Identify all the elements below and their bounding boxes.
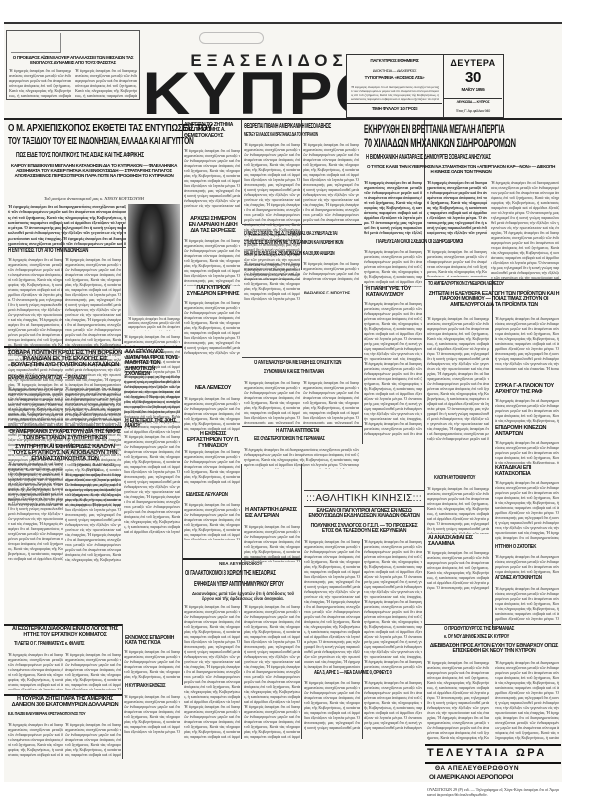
school-order-body: Ἡ ἐφημερὶς ἀναφέρει ὅτι αἱ διαπραγματεύσ… xyxy=(124,374,180,416)
top-left-stamp xyxy=(11,33,61,53)
car-theft-headline: ΚΛΟΠΗ ΑΥΤΟΚΙΝΗΤΟΥ xyxy=(434,476,475,482)
photo-caption: Ἡ ἐφημερὶς ἀναφέρει ὅτι αἱ διαπραγματεύσ… xyxy=(128,317,180,331)
adenauer-headline-2: ΣΥΝΟΜΙΛΙΑΙ ΚΑΙ ΕΙΣ ΤΗΝ ΙΤΑΛΙΑΝ xyxy=(264,370,324,376)
flood-feast-body: Ἡ ἐφημερὶς ἀναφέρει ὅτι αἱ διαπραγματεύσ… xyxy=(364,301,422,436)
ireland-headline-2: ΕΝΑΦΘΗ ΑΙ ΔΙΑΦΟΡΑΙ ΑΓΓΛΩΝ — ΙΡΛΑΝΔΩΝ xyxy=(8,376,87,382)
espionage-headline: ΚΑΤΑΔΙΚΑΙ ΕΠΙ ΚΑΤΑΣΚΟΠΕΙΑ xyxy=(495,466,559,478)
archbishop-deck: ΚΑΙΡΟΥ ΕΠΙΔΕΙΚΝΥΕΙ ΜΕΓΑΛΗΝ ΚΑΤΑΝΟΗΣΙΝ ΔΙ… xyxy=(8,164,180,178)
adenauer-body-1: Ἡ ἐφημερὶς ἀναφέρει ὅτι αἱ διαπραγματεύσ… xyxy=(244,380,300,424)
themistokleous-body: Ἡ ἐφημερὶς ἀναφέρει ὅτι αἱ διαπραγματεύσ… xyxy=(184,148,240,208)
infobox-publisher: ΠΑΓΚΥΠΡΙΟΣ ΕΦΗΜΕΡΙΣ ΙΔΙΟΚΤΗΣΙΑ — ΔΙΑΧΕΙΡ… xyxy=(346,54,444,118)
burma-pm-headline-2: κ. ΟΥ ΝΟΥ ΔΙΗΛΘΕ ΧΘΕΣ ΕΚ ΚΥΠΡΟΥ xyxy=(444,635,509,640)
algeria-headline: Η ΑΝΤΑΡΤΙΚΗ ΔΡΑΣΙΣ ΕΙΣ ΑΛΓΕΡΙΑΝ xyxy=(245,508,301,520)
top-left-box: Ο ΠΡΟΕΔΡΟΣ ΑΪΖΕΝΧΑΟΥΕΡ ΑΠΑΛΛΑΣΣΕΙ ΤΩΝ ΜΕ… xyxy=(6,30,140,100)
sports-scores: ΑΕΛ 3, ΑΡΗΣ 1 — ΝΕΑ ΣΑΛΑΜΙΣ 0, ΟΡΦΕΥΣ 0 xyxy=(314,671,392,676)
labour-internal-headline-2: ΤΙ ΛΕΓΕΙ Ο Γ. ΓΡΑΜΜΑΤΕΥΣ κ. ΦΙΛΛΙΠΣ xyxy=(14,642,84,648)
sports-body-1: Ἡ ἐφημερὶς ἀναφέρει ὅτι αἱ διαπραγματεύσ… xyxy=(304,539,360,669)
wine-council-headline-2: ΖΗΤΕΙΤΑΙ Η ΕΛΕΥΘΕΡΑ ΕΞΑΓΩΓΗ ΤΩΝ ΠΡΟΪΟΝΤΩ… xyxy=(428,292,560,308)
american-mediation-body-1: Ἡ ἐφημερὶς ἀναφέρει ὅτι αἱ διαπραγματεύσ… xyxy=(244,142,300,280)
date-number: 30 xyxy=(444,70,502,86)
last-hour-headline-1: ΘΑ ΑΠΕΛΕΥΘΕΡΩΘΟΥΝ xyxy=(435,766,519,773)
uk-strike-headline-3: Η ΒΙΟΜΗΧΑΝΙΚΗ ΑΝΑΤΑΡΑΞΙΣ ΔΗΜΙΟΥΡΓΕΙ ΣΟΒΑ… xyxy=(366,154,491,161)
news-lefkara-headline: ΕΙΔΗΣΕΙΣ ΛΕΥΚΑΡΩΝ xyxy=(186,493,228,499)
americans-labour-subhead: ΤΙ ΓΡΑΦΕΙ Ο ΑΓΓΛΙΚΟΣ ΤΥΠΟΣ xyxy=(66,462,121,472)
mesaoria-body-2: Ἡ ἐφημερὶς ἀναφέρει ὅτι αἱ διαπραγματεύσ… xyxy=(244,604,300,704)
uk-strike-body-3: Ἡ ἐφημερὶς ἀναφέρει ὅτι αἱ διαπραγματεύσ… xyxy=(491,180,559,280)
adenauer-body-2: Ἡ ἐφημερὶς ἀναφέρει ὅτι αἱ διαπραγματεύσ… xyxy=(303,380,359,424)
date-month-year: ΜΑΪΟΥ 1955 xyxy=(444,88,502,93)
germany-headline-3: ΘΑ ΑΠΟΤΕΛΕΙΤΑΙ ΕΚ 250 ΜΟΝΑΔΩΝ ΚΑΙ 20,000… xyxy=(244,251,334,257)
turkey-loan-headline-1: Η ΤΟΥΡΚΙΑ ΖΗΤΕΙ ΠΑΡΑ ΤΗΣ ΑΜΕΡΙΚΗΣ ΔΑΝΕΙΟ… xyxy=(8,697,122,709)
salamina-headline: ΑΙ ΑΝΑΣΚΑΦΑΙ ΕΙΣ ΣΑΛΑΜΙΝΑ xyxy=(428,536,490,548)
gkoa-body: Ἡ ἐφημερὶς ἀναφέρει ὅτι αἱ διαπραγματεύσ… xyxy=(124,649,180,679)
edition-location: ΛΕΥΚΩΣΙΑ — ΚΥΠΡΟΣ xyxy=(444,101,502,105)
last-hour-body: ΟΥΑΣΙΓΚΤΩΝ 29 (Ρ) ειδ. — Τηλεγράφημα εξ … xyxy=(427,787,559,800)
uk-strike-body-1: Ἡ ἐφημερὶς ἀναφέρει ὅτι αἱ διαπραγματεύσ… xyxy=(364,180,422,235)
adenauer-headline-1: Ο ΑΝΤΕΝΑΟΥΕΡ ΘΑ ΜΕΤΑΒΗ ΕΙΣ ΟΥΑΣΙΓΚΤΩΝ xyxy=(254,360,341,366)
ireland-body-2: Ἡ ἐφημερὶς ἀναφέρει ὅτι αἱ διαπραγματεύσ… xyxy=(65,386,121,424)
may30-body: Ἡ ἐφημερὶς ἀναφέρει ὅτι αἱ διαπραγματεύσ… xyxy=(124,434,180,534)
germany-body-1: Ἡ ἐφημερὶς ἀναφέρει ὅτι αἱ διαπραγματεύσ… xyxy=(244,261,300,301)
burma-pm-headline-1: Ο ΠΡΩΘΥΠΟΥΡΓΟΣ ΤΗΣ ΒΙΡΜΑΝΙΑΣ xyxy=(444,627,514,633)
handwriting-mark xyxy=(199,32,264,44)
uk-strike-deck: Ο ΤΥΠΟΣ ΚΑΛΕΙ ΤΗΝ ΚΥΒΕΡΝΗΣΙΝ ΝΑ ΣΤΑΜΑΤΗΣ… xyxy=(366,165,556,174)
england-neutral-headline-1: Η ΑΓΓΛΙΑ ΑΝΤΙΤΙΘΕΤΑΙ xyxy=(276,429,319,435)
newspaper-page: Ο ΠΡΟΕΔΡΟΣ ΑΪΖΕΝΧΑΟΥΕΡ ΑΠΑΛΛΑΣΣΕΙ ΤΩΝ ΜΕ… xyxy=(4,22,562,782)
labour-internal-headline-1: ΑΙ ΕΣΩΤΕΡΙΚΑΙ ΔΙΑΦΟΡΑΙ ΕΙΝΑΙ Ο ΛΟΓΟΣ ΤΗΣ… xyxy=(8,627,122,638)
archbishop-lead: Ἡ ἐφημερὶς ἀναφέρει ὅτι αἱ διαπραγματεύσ… xyxy=(8,204,126,246)
turkey-loan-body-1: Ἡ ἐφημερὶς ἀναφέρει ὅτι αἱ διαπραγματεύσ… xyxy=(8,722,63,757)
germany-headline-1: Ο ΝΕΟΣ ΣΤΡΑΤΟΣ ΤΗΣ Δ. ΓΕΡΜΑΝΙΑΣ ΘΑ ΣΥΝΕΡ… xyxy=(244,231,337,237)
last-hour-headline-2: ΟΙ ΑΜΕΡΙΚΑΝΟΙ ΑΕΡΟΠΟΡΟΙ xyxy=(429,775,513,782)
date-day: ΔΕΥΤΕΡΑ xyxy=(444,59,502,68)
sports-title: ΑΘΛΗΤΙΚΗ ΚΙΝΗΣΙΣ xyxy=(315,493,412,504)
exhibition-body: Ἡ ἐφημερὶς ἀναφέρει ὅτι αἱ διαπραγματεύσ… xyxy=(184,449,240,484)
zatopek-body: Ἡ ἐφημερὶς ἀναφέρει ὅτι αἱ διαπραγματεύσ… xyxy=(495,554,559,574)
burma-pm-body-1: Ἡ ἐφημερὶς ἀναφέρει ὅτι αἱ διαπραγματεύσ… xyxy=(427,660,489,740)
new-limassol-headline: ΝΕΑ ΛΕΜΕΣΟΥ xyxy=(186,386,240,392)
archbishop-headline-3: ΠΩΣ ΕΙΔΕ ΤΟΥΣ ΠΟΛΙΤΙΚΟΥΣ ΤΗΣ ΑΣΙΑΣ ΚΑΙ Τ… xyxy=(16,152,144,159)
mesaoria-headline-1: ΟΙ ΓΑΛΑΚΤΟΚΟΜΟΙ 3 ΧΩΡΙΩΝ ΤΗΣ ΜΕΣΑΟΡΙΑΣ xyxy=(185,569,276,577)
wine-council-headline-1: ΤΟ ΑΜΠΕΛΟΥΡΓΙΚΟΝ ΣΥΝΕΔΡΙΟΝ ΛΕΜΕΣΟΥ xyxy=(428,282,504,288)
archbishop-headline-1: Ο Μ. ΑΡΧΙΕΠΙΣΚΟΠΟΣ ΕΚΘΕΤΕΙ ΤΑΣ ΕΝΤΥΠΩΣΕΙ… xyxy=(8,123,212,134)
bottom-body-2: Ἡ ἐφημερὶς ἀναφέρει ὅτι αἱ διαπραγματεύσ… xyxy=(244,704,300,739)
top-left-body-2: Ἡ ἐφημερὶς ἀναφέρει ὅτι αἱ διαπραγματεύσ… xyxy=(75,68,137,99)
zatopek-headline: ΗΤΤΗΘΗ Ο ΖΑΤΟΠΕΚ xyxy=(495,545,536,551)
wine-council-body-1: Ἡ ἐφημερὶς ἀναφέρει ὅτι αἱ διαπραγματεύσ… xyxy=(427,316,489,441)
ireland-headline-1: ΣΟΒΑΡΑ ΠΟΛΙΤΙΚΗ ΚΡΙΣΙΣ ΕΙΣ ΤΗΝ ΒΟΡΕΙΟΝ Ι… xyxy=(8,350,122,368)
exhibition-headline: Η ΕΚΘΕΣΙΣ ΕΡΓΑΣΤΗΡΙΩΝ ΤΟΥ Π. ΓΥΜΝΑΣΙΟΥ xyxy=(186,432,240,449)
mesaoria-headline-2: ΕΨΗΦΙΣΑΝ ΥΠΕΡ ΑΝΤΙΠΛΗΜΜΥΡΙΚΟΥ ΕΡΓΟΥ xyxy=(194,580,284,588)
americans-labour-headline-1: ΟΙ ΑΜΕΡΙΚΑΝΟΙ ΣΥΧΑΡΙΣΤΟΥΝ ΔΙΑ ΤΗΣ ΝΙΚΗΣ … xyxy=(8,430,122,442)
info-line-1: ΠΑΓΚΥΠΡΙΟΣ ΕΦΗΜΕΡΙΣ xyxy=(347,59,442,64)
sports-headline-2: ΠΟΛΥΝΙΚΗΣ ΣΥΛΛΟΓΟΣ Ο Γ.Σ.Π. — ΤΟ ΠΡΟΣΕΧΕ… xyxy=(306,524,422,535)
espionage-body: Ἡ ἐφημερὶς ἀναφέρει ὅτι αἱ διαπραγματεύσ… xyxy=(495,480,559,540)
top-left-headline: Ο ΠΡΟΕΔΡΟΣ ΑΪΖΕΝΧΑΟΥΕΡ ΑΠΑΛΛΑΣΣΕΙ ΤΩΝ ΜΕ… xyxy=(9,56,137,65)
info-line-3: ΤΥΠΟΓΡΑΦΕΙΑ «ΚΟΣΜΟΣ ΛΤΔ» xyxy=(347,76,442,81)
railways-body-2: Ἡ ἐφημερὶς ἀναφέρει ὅτι αἱ διαπραγματεύσ… xyxy=(427,249,487,277)
germany-body-2: Ἡ ἐφημερὶς ἀναφέρει ὅτι αἱ διαπραγματεύσ… xyxy=(303,261,359,281)
england-neutral-headline-2: ΕΙΣ ΟΥΔΕΤΕΡΟΠΟΙΗΣΙΝ ΤΗΣ ΓΕΡΜΑΝΙΑΣ xyxy=(254,437,325,443)
uk-strike-headline-1: ΕΚΗΡΥΧΘΗ ΕΝ ΒΡΕΤΤΑΝΙΑ ΜΕΓΑΛΗ ΑΠΕΡΓΙΑ xyxy=(364,123,505,136)
sports-dots-left: ::: xyxy=(306,493,315,504)
info-line-2: ΙΔΙΟΚΤΗΣΙΑ — ΔΙΑΧΕΙΡΙΣΙΣ xyxy=(347,69,442,73)
salamina-body: Ἡ ἐφημερὶς ἀναφέρει ὅτι αἱ διαπραγματεύσ… xyxy=(427,550,489,590)
mesaoria-body-1: Ἡ ἐφημερὶς ἀναφέρει ὅτι αἱ διαπραγματεύσ… xyxy=(184,604,240,704)
car-races-body: Ἡ ἐφημερὶς ἀναφέρει ὅτι αἱ διαπραγματεύσ… xyxy=(495,586,559,622)
americans-labour-body-1: Ἡ ἐφημερὶς ἀναφέρει ὅτι αἱ διαπραγματεύσ… xyxy=(8,461,63,561)
sports-section-title: :::ΑΘΛΗΤΙΚΗ ΚΙΝΗΣΙΣ::: xyxy=(306,493,422,504)
sports-body-4: Ἡ ἐφημερὶς ἀναφέρει ὅτι αἱ διαπραγματεύσ… xyxy=(364,680,422,730)
raf-plane-headline: ΣΥΡΚΑ Γ-Α ΠΛΟΙΟΝ ΤΟΥ ΑΡΧΗΓΟΥ ΤΗΣ ΡΑΦ xyxy=(495,384,559,396)
flood-feast-headline: Η ΠΑΝΗΓΥΡΙΣ ΤΟΥ ΚΑΤΑΚΛΥΣΜΟΥ xyxy=(366,287,422,299)
uk-strike-body-2: Ἡ ἐφημερὶς ἀναφέρει ὅτι αἱ διαπραγματεύσ… xyxy=(427,180,487,235)
gkoa-headline: ΕΚΝΟΜΟΣ ΕΠΙΔΡΟΜΗ ΚΑΤΑ ΤΗΣ ΓΚΟΑ xyxy=(125,636,181,647)
info-price: ΤΙΜΗ ΦΥΛΛΟΥ 10 ΓΡΟΣΙ xyxy=(347,107,442,112)
labour-internal-body-1: Ἡ ἐφημερὶς ἀναφέρει ὅτι αἱ διαπραγματεύσ… xyxy=(8,652,63,690)
sports-body-2: Ἡ ἐφημερὶς ἀναφέρει ὅτι αἱ διαπραγματεύσ… xyxy=(364,539,422,669)
labour-internal-body-2: Ἡ ἐφημερὶς ἀναφέρει ὅτι αἱ διαπραγματεύσ… xyxy=(65,652,121,690)
new-limassol-body: Ἡ ἐφημερὶς ἀναφέρει ὅτι αἱ διαπραγματεύσ… xyxy=(184,396,240,431)
info-address: Ἡ ἐφημερὶς ἀναφέρει ὅτι αἱ διαπραγματεύσ… xyxy=(351,85,439,101)
raf-plane-body: Ἡ ἐφημερὶς ἀναφέρει ὅτι αἱ διαπραγματεύσ… xyxy=(495,398,559,424)
archbishop-photo xyxy=(128,204,180,316)
turkey-loan-headline-2: Ε.Ε. ΠΑΙΖΕΙ ΕΛΕΥΘΕΡΙΑΝ ΧΡΙΣΤΙΑΝΟΠΟΥΛΟΣ Τ… xyxy=(8,712,85,717)
cypriot-exhibition-headline: Η ΚΥΠΡΙΑΚΗ ΕΚΘΕΣΙΣ xyxy=(125,684,165,689)
larnaca-trial-headline: ΑΡΧΙΖΕΙ ΣΗΜΕΡΟΝ ΕΝ ΛΑΡΝΑΚΙ Η ΔΙΚΗ ΔΙΑ ΤΑ… xyxy=(186,217,240,234)
masthead-rule xyxy=(4,118,562,120)
cypriot-exhibition-body: Ἡ ἐφημερὶς ἀναφέρει ὅτι αἱ διαπραγματεύσ… xyxy=(124,694,180,734)
news-lefkara-body: Ἡ ἐφημερὶς ἀναφέρει ὅτι αἱ διαπραγματεύσ… xyxy=(184,502,240,540)
car-theft-body: Ἡ ἐφημερὶς ἀναφέρει ὅτι αἱ διαπραγματεύσ… xyxy=(427,486,489,534)
last-hour-title: ΤΕΛΕΥΤΑΙΑ ΩΡΑ xyxy=(427,748,547,760)
sports-headline-1: ΕΛΗΞΑΝ ΟΙ ΠΑΓΚΥΠΡΙΟΙ ΑΓΩΝΕΣ ΕΝ ΜΕΣΩ ΕΝΘΟ… xyxy=(306,509,422,520)
algeria-body: Ἡ ἐφημερὶς ἀναφέρει ὅτι αἱ διαπραγματεύσ… xyxy=(244,524,300,562)
burma-pm-body-2: Ἡ ἐφημερὶς ἀναφέρει ὅτι αἱ διαπραγματεύσ… xyxy=(495,660,559,740)
sports-body-3: Ἡ ἐφημερὶς ἀναφέρει ὅτι αἱ διαπραγματεύσ… xyxy=(304,680,360,730)
american-mediation-headline-1: ΘΕΩΡΕΙΤΑΙ ΠΙΘΑΝΗ ΑΜΕΡΙΚΑΝΙΚΗ ΜΕΣΟΛΑΒΗΣΙΣ xyxy=(244,123,331,130)
bottom-body-1: Ἡ ἐφημερὶς ἀναφέρει ὅτι αἱ διαπραγματεύσ… xyxy=(184,704,240,739)
peace-congress-body: Ἡ ἐφημερὶς ἀναφέρει ὅτι αἱ διαπραγματεύσ… xyxy=(184,300,240,355)
peace-congress-headline: ΠΑΓΚΥΠΡΙΟΝ ΣΥΝΕΔΡΙΟΝ ΕΙΡΗΝΗΣ xyxy=(186,286,240,298)
uk-strike-headline-2: 70 ΧΙΛΙΑΔΩΝ ΜΗΧΑΝΙΚΩΝ ΣΙΔΗΡΟΔΡΟΜΩΝ xyxy=(364,137,516,150)
wine-council-body-2: Ἡ ἐφημερὶς ἀναφέρει ὅτι αἱ διαπραγματεύσ… xyxy=(495,316,559,370)
may30-headline: Η ΕΠΕΤΕΙΟΣ ΤΗΣ 30ΗΣ ΜΑΪΟΥ xyxy=(125,419,181,430)
railways-body-1: Ἡ ἐφημερὶς ἀναφέρει ὅτι αἱ διαπραγματεύσ… xyxy=(364,249,422,287)
american-mediation-signoff: ΒΑΣΙΛΕΙΟΣ Γ. ΜΠΟΥΤΗΣ xyxy=(304,290,350,295)
archbishop-subhead: Η ΕΝΤΥΠΩΣΙΣ ΤΟΥ ΑΠΟ ΤΗΝ ΙΝΔΟΝΗΣΙΑΝ xyxy=(8,248,88,254)
larnaca-trial-body: Ἡ ἐφημερὶς ἀναφέρει ὅτι αἱ διαπραγματεύσ… xyxy=(184,238,240,286)
last-hour-box: ΤΕΛΕΥΤΑΙΑ ΩΡΑ ΘΑ ΑΠΕΛΕΥΘΕΡΩΘΟΥΝ ΟΙ ΑΜΕΡΙ… xyxy=(425,744,561,784)
themistokleous-headline: ΔΙΗΓΕΙΤΑΙ ΤΟ ΖΗΤΗΜΑ ΤΗΣ ΠΡΟΤΟΜΗΣ Α. ΘΕΜΙ… xyxy=(184,123,242,139)
ireland-body-1: Ἡ ἐφημερὶς ἀναφέρει ὅτι αἱ διαπραγματεύσ… xyxy=(8,386,63,424)
american-mediation-headline-2: ΜΕΤΑΞΥ ΕΛΛΑΔΟΣ ΚΑΙ ΒΡΕΤΑΝΙΑΣ ΔΙΑ ΤΟ ΚΥΠΡ… xyxy=(244,133,318,139)
rebels-attack-headline: ΕΠΙΔΡΟΜΗ ΚΙΝΕΖΩΝ ΑΝΤΑΡΤΩΝ xyxy=(495,426,559,438)
top-left-body: Ἡ ἐφημερὶς ἀναφέρει ὅτι αἱ διαπραγματεύσ… xyxy=(9,68,71,99)
turkey-loan-body-2: Ἡ ἐφημερὶς ἀναφέρει ὅτι αἱ διαπραγματεύσ… xyxy=(65,722,121,757)
car-races-headline: ΑΓΩΝΕΣ ΑΥΤΟΚΙΝΗΤΩΝ xyxy=(495,576,542,582)
mesaoria-deck: Διασυνάψεις μετά τῶν ἐργατῶν ὅτι ἡ ἀπόδο… xyxy=(186,591,300,601)
burma-pm-headline-3: ΔΙΕΒΙΒΑΣΘΗ ΠΡΟΣ ΑΥΤΟΝ ΕΥΧΗ ΤΟΥ ΕΘΝΑΡΧΟΥ … xyxy=(428,644,560,655)
germany-headline-2: ΣΤΕΝΩΣ ΕΙΣ ΒΑΛΤΙΚΗΝ ΜΕ ΤΟΝ ΔΑΝΙΚΟΝ ΚΑΙ Ν… xyxy=(244,240,343,246)
sports-dots-right: ::: xyxy=(413,493,422,504)
archbishop-headline-2: ΤΟΥ ΤΑΞΙΔΙΟΥ ΤΟΥ ΕΙΣ ΙΝΔΟΝΗΣΙΑΝ, ΕΛΛΑΔΑ … xyxy=(8,136,194,147)
archbishop-byline: Τοῦ μονίμου ἀνταποκριτοῦ μας κ. ΝΙΝΟΥ ΚΟ… xyxy=(44,196,144,201)
americans-labour-headline-2: ΣΥΝΤΗΡΗΤΙΚΑΙ ΕΦΗΜΕΡΙΔΕΣ ΚΑΛΟΥΝ ΤΟΥΣ ΕΡΓΑ… xyxy=(8,444,122,462)
infobox-date: ΔΕΥΤΕΡΑ 30 ΜΑΪΟΥ 1955 ΛΕΥΚΩΣΙΑ — ΚΥΠΡΟΣ … xyxy=(444,54,504,118)
railways-stopped-headline: ΠΑΡΕΛΥΣΑΝ ΟΛΟΙ ΣΧΕΔΟΝ ΟΙ ΣΙΔΗΡΟΔΡΟΜΟΙ xyxy=(376,239,463,245)
rebels-attack-body: Ἡ ἐφημερὶς ἀναφέρει ὅτι αἱ διαπραγματεύσ… xyxy=(495,440,559,464)
issue-number: Έτος Γ'. Αρ. φύλλου 940 xyxy=(444,109,502,113)
americans-labour-body-2: Ἡ ἐφημερὶς ἀναφέρει ὅτι αἱ διαπραγματεύσ… xyxy=(65,472,121,562)
american-mediation-body-2: Ἡ ἐφημερὶς ἀναφέρει ὅτι αἱ διαπραγματεύσ… xyxy=(303,142,359,222)
